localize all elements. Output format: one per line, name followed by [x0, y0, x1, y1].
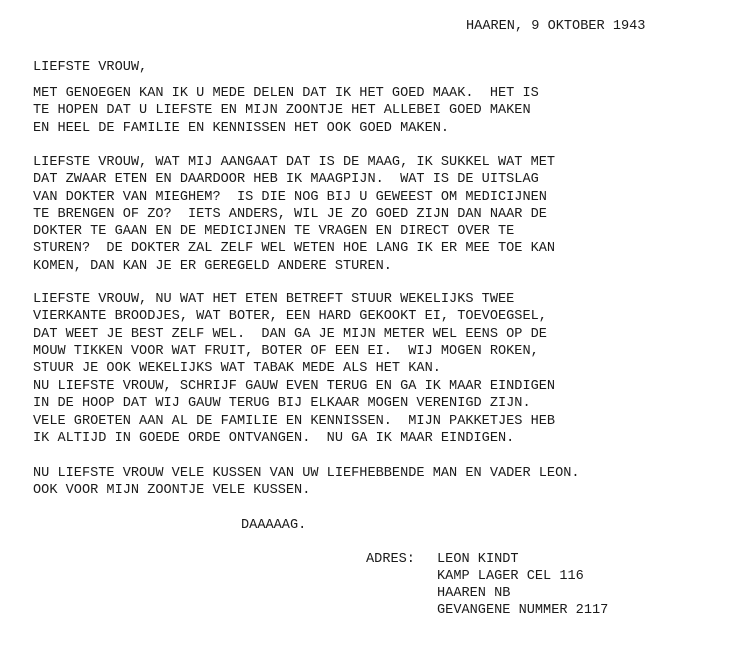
- letter-date: HAAREN, 9 OKTOBER 1943: [466, 18, 645, 35]
- text-line: EN HEEL DE FAMILIE EN KENNISSEN HET OOK …: [33, 120, 539, 137]
- paragraph-2: LIEFSTE VROUW, WAT MIJ AANGAAT DAT IS DE…: [33, 154, 555, 275]
- text-line: IN DE HOOP DAT WIJ GAUW TERUG BIJ ELKAAR…: [33, 395, 555, 412]
- text-line: MOUW TIKKEN VOOR WAT FRUIT, BOTER OF EEN…: [33, 343, 547, 360]
- text-line: LIEFSTE VROUW, NU WAT HET ETEN BETREFT S…: [33, 291, 547, 308]
- text-line: IK ALTIJD IN GOEDE ORDE ONTVANGEN. NU GA…: [33, 430, 555, 447]
- salutation: LIEFSTE VROUW,: [33, 59, 147, 76]
- text-line: TE HOPEN DAT U LIEFSTE EN MIJN ZOONTJE H…: [33, 102, 539, 119]
- farewell: DAAAAAG.: [241, 517, 306, 534]
- text-line: TE BRENGEN OF ZO? IETS ANDERS, WIL JE ZO…: [33, 206, 555, 223]
- text-line: DAT WEET JE BEST ZELF WEL. DAN GA JE MIJ…: [33, 326, 547, 343]
- text-line: VAN DOKTER VAN MIEGHEM? IS DIE NOG BIJ U…: [33, 189, 555, 206]
- text-line: LIEFSTE VROUW, WAT MIJ AANGAAT DAT IS DE…: [33, 154, 555, 171]
- text-line: STUREN? DE DOKTER ZAL ZELF WEL WETEN HOE…: [33, 240, 555, 257]
- address-line: GEVANGENE NUMMER 2117: [437, 602, 608, 619]
- text-line: DAT ZWAAR ETEN EN DAARDOOR HEB IK MAAGPI…: [33, 171, 555, 188]
- text-line: OOK VOOR MIJN ZOONTJE VELE KUSSEN.: [33, 482, 580, 499]
- text-line: VIERKANTE BROODJES, WAT BOTER, EEN HARD …: [33, 308, 547, 325]
- text-line: VELE GROETEN AAN AL DE FAMILIE EN KENNIS…: [33, 413, 555, 430]
- address-line: KAMP LAGER CEL 116: [437, 568, 608, 585]
- closing-paragraph: NU LIEFSTE VROUW VELE KUSSEN VAN UW LIEF…: [33, 465, 580, 500]
- address-line: HAAREN NB: [437, 585, 608, 602]
- address-label: ADRES:: [366, 551, 415, 568]
- paragraph-4: NU LIEFSTE VROUW, SCHRIJF GAUW EVEN TERU…: [33, 378, 555, 447]
- text-line: STUUR JE OOK WEKELIJKS WAT TABAK MEDE AL…: [33, 360, 547, 377]
- address-block: LEON KINDT KAMP LAGER CEL 116 HAAREN NB …: [437, 551, 608, 619]
- typed-letter: HAAREN, 9 OKTOBER 1943 LIEFSTE VROUW, ME…: [0, 0, 738, 647]
- text-line: NU LIEFSTE VROUW VELE KUSSEN VAN UW LIEF…: [33, 465, 580, 482]
- text-line: DOKTER TE GAAN EN DE MEDICIJNEN TE VRAGE…: [33, 223, 555, 240]
- address-line: LEON KINDT: [437, 551, 608, 568]
- text-line: NU LIEFSTE VROUW, SCHRIJF GAUW EVEN TERU…: [33, 378, 555, 395]
- paragraph-1: MET GENOEGEN KAN IK U MEDE DELEN DAT IK …: [33, 85, 539, 137]
- paragraph-3: LIEFSTE VROUW, NU WAT HET ETEN BETREFT S…: [33, 291, 547, 377]
- text-line: MET GENOEGEN KAN IK U MEDE DELEN DAT IK …: [33, 85, 539, 102]
- text-line: KOMEN, DAN KAN JE ER GEREGELD ANDERE STU…: [33, 258, 555, 275]
